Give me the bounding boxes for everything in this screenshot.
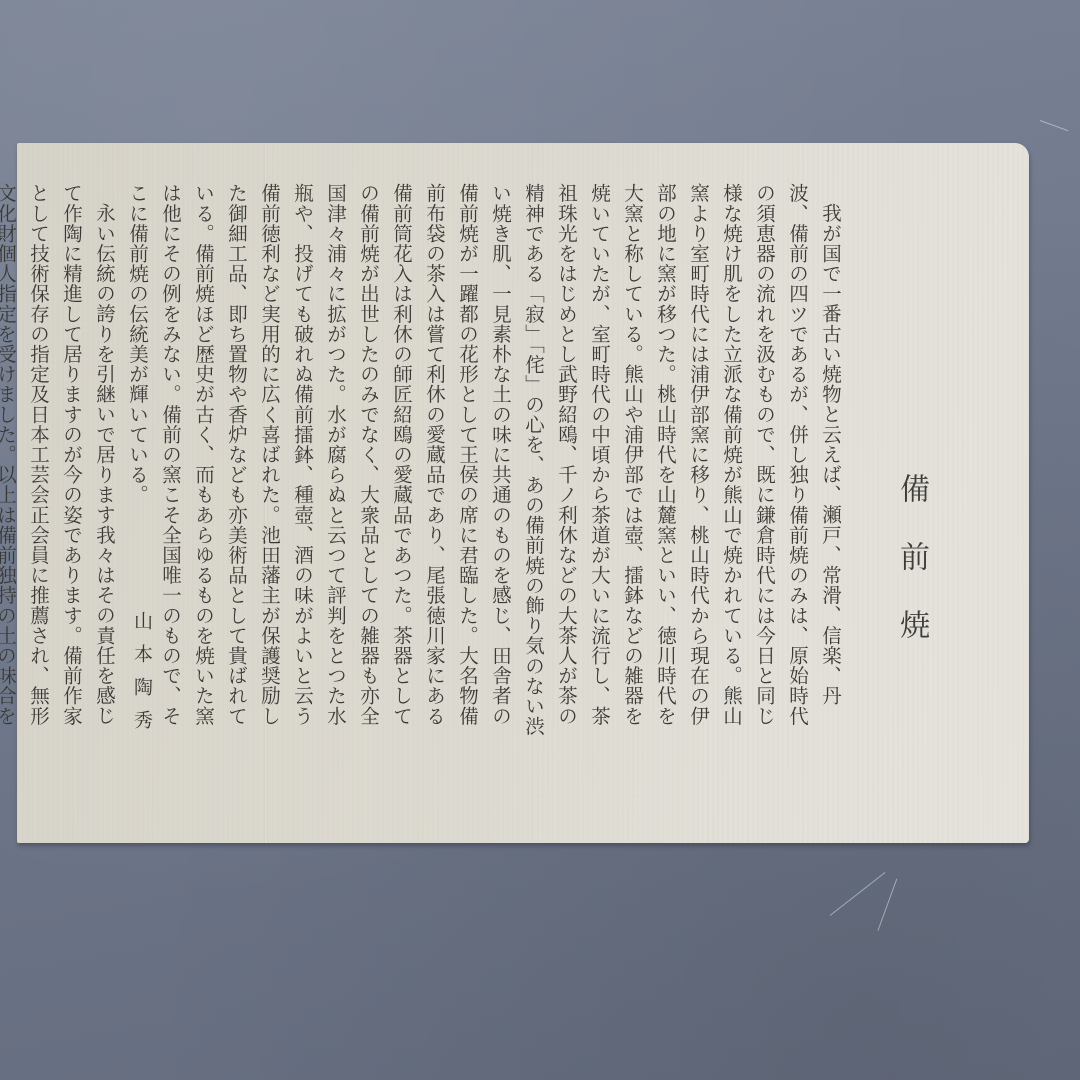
author-signature: 山本陶秀	[129, 611, 156, 743]
paragraph-history: 我が国で一番古い焼物と云えば、瀬戸、常滑、信楽、丹波、備前の四ツであるが、併し独…	[121, 183, 847, 743]
document-body: 我が国で一番古い焼物と云えば、瀬戸、常滑、信楽、丹波、備前の四ツであるが、併し独…	[0, 183, 847, 743]
paragraph-statement: 永い伝統の誇りを引継いで居ります我々はその責任を感じて作陶に精進して居りますのが…	[0, 183, 121, 743]
leaflet-paper: 備前焼 我が国で一番古い焼物と云えば、瀬戸、常滑、信楽、丹波、備前の四ツであるが…	[17, 143, 1029, 843]
document-title: 備前焼	[889, 473, 933, 677]
